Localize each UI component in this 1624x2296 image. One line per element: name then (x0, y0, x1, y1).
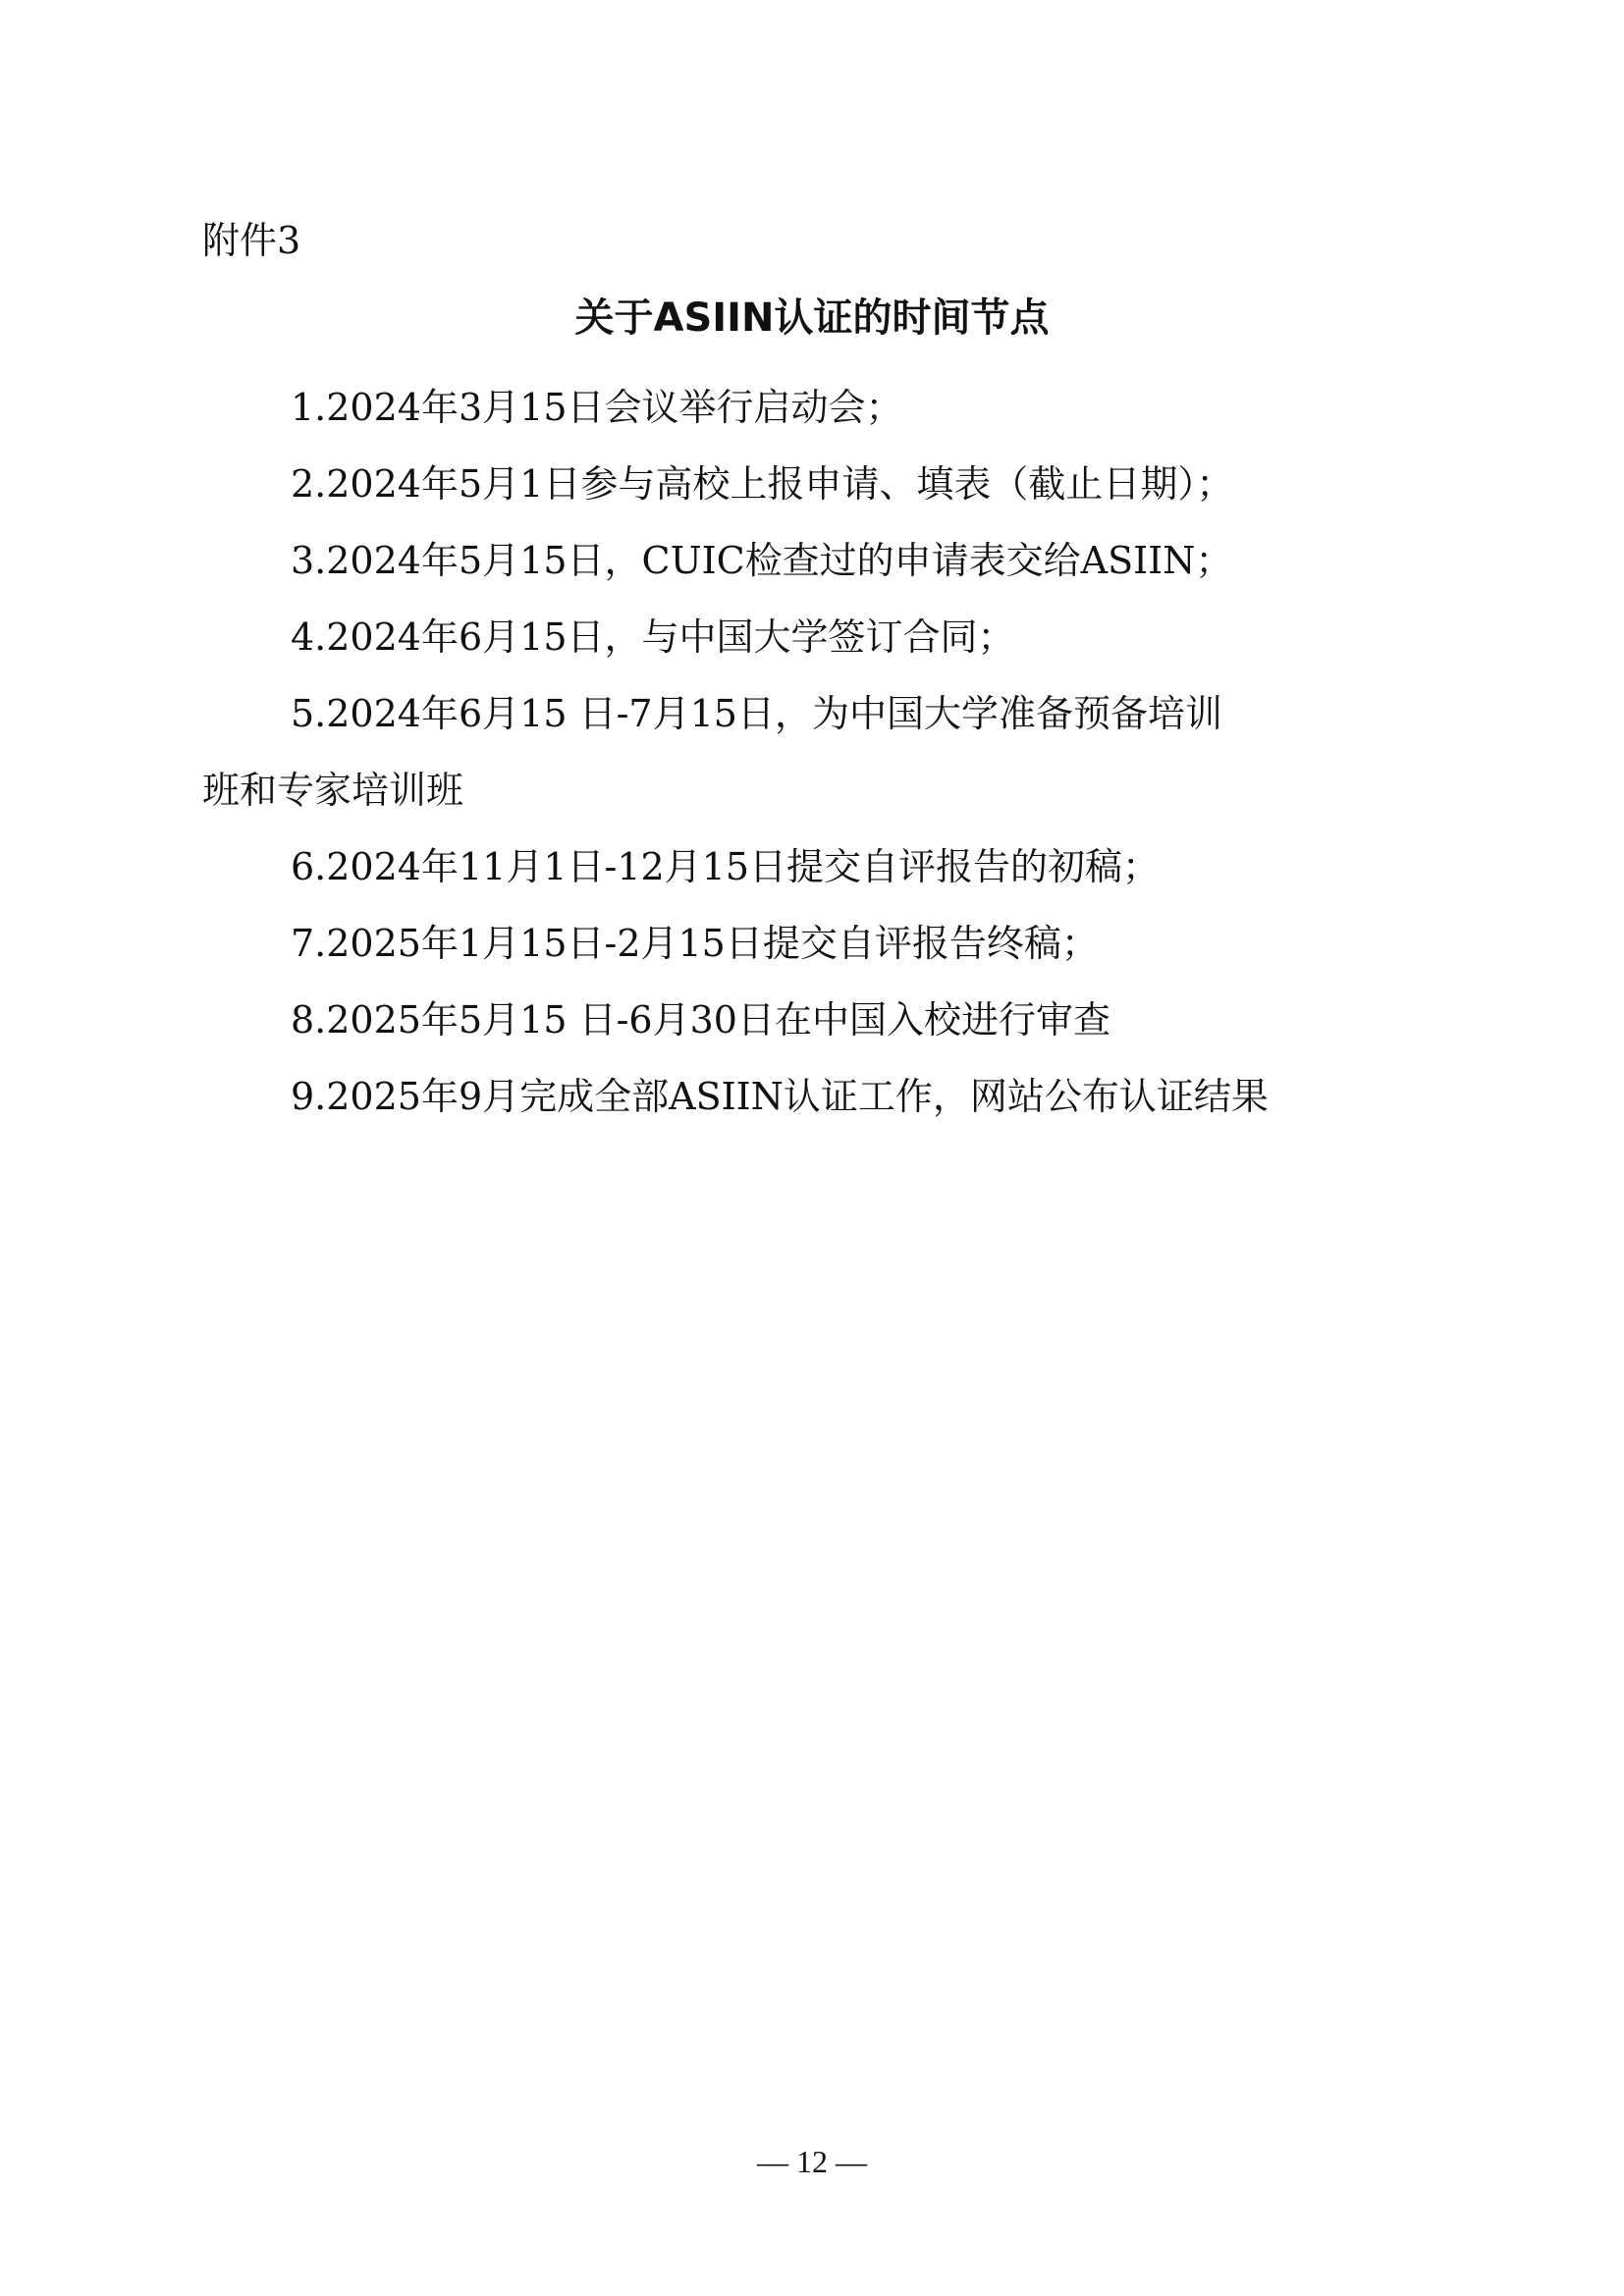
list-item: 9.2025年9月完成全部ASIIN认证工作，网站公布认证结果 (202, 1058, 1441, 1135)
list-item: 3.2024年5月15日，CUIC检查过的申请表交给ASIIN； (202, 522, 1441, 599)
list-item: 1.2024年3月15日会议举行启动会； (202, 369, 1441, 446)
list-item: 6.2024年11月1日-12月15日提交自评报告的初稿； (202, 828, 1441, 905)
list-item: 8.2025年5月15 日-6月30日在中国入校进行审查 (202, 982, 1441, 1058)
timeline-list: 1.2024年3月15日会议举行启动会； 2.2024年5月1日参与高校上报申请… (202, 369, 1441, 1135)
list-item: 2.2024年5月1日参与高校上报申请、填表（截止日期）； (202, 446, 1441, 522)
list-item: 4.2024年6月15日，与中国大学签订合同； (202, 599, 1441, 675)
document-title: 关于ASIIN认证的时间节点 (0, 291, 1624, 346)
page-number: — 12 — (0, 2144, 1624, 2180)
list-item: 5.2024年6月15 日-7月15日，为中国大学准备预备培训 (202, 675, 1441, 752)
attachment-label: 附件3 (202, 214, 300, 267)
list-item: 7.2025年1月15日-2月15日提交自评报告终稿； (202, 905, 1441, 982)
list-item-continuation: 班和专家培训班 (202, 752, 1441, 828)
